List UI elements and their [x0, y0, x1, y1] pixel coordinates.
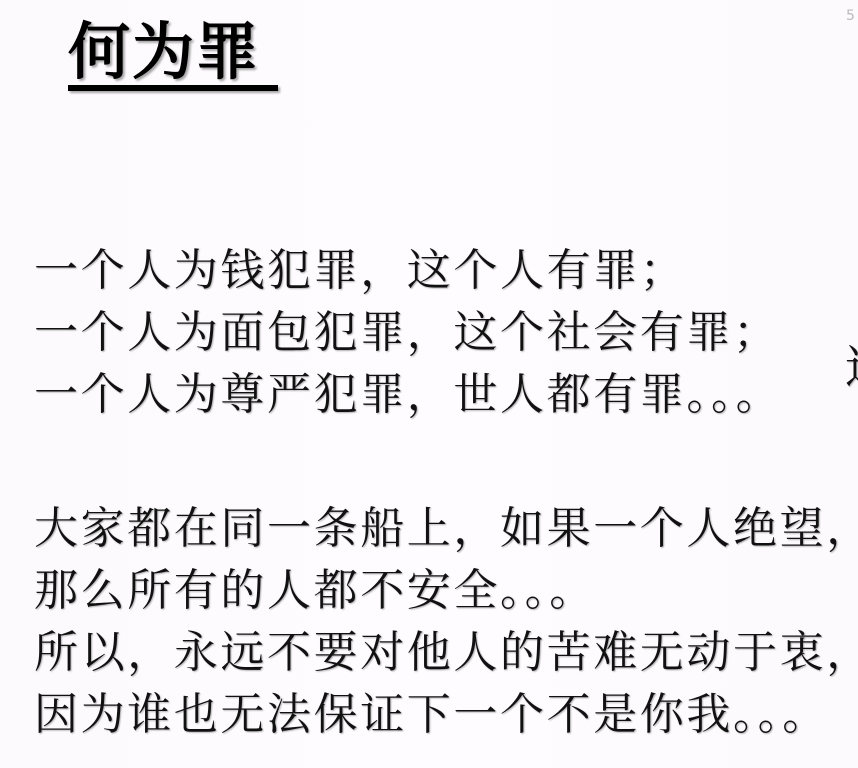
text-line: 一个人为尊严犯罪，世人都有罪。。。 — [34, 364, 782, 426]
text-line: 因为谁也无法保证下一个不是你我。。。 — [34, 684, 858, 746]
cropped-edge-glyph: 这 — [845, 336, 858, 398]
paragraph-same-boat: 大家都在同一条船上，如果一个人绝望， 那么所有的人都不安全。。。 所以，永远不要… — [34, 498, 858, 746]
title-underline — [68, 85, 278, 91]
text-line: 大家都在同一条船上，如果一个人绝望， — [34, 498, 858, 560]
text-line: 所以，永远不要对他人的苦难无动于衷， — [34, 622, 858, 684]
paragraph-crime: 一个人为钱犯罪，这个人有罪； 一个人为面包犯罪，这个社会有罪； 一个人为尊严犯罪… — [34, 240, 782, 426]
slide: 何为罪 5 一个人为钱犯罪，这个人有罪； 一个人为面包犯罪，这个社会有罪； 一个… — [0, 0, 858, 768]
slide-title: 何为罪 — [68, 14, 260, 90]
text-line: 一个人为钱犯罪，这个人有罪； — [34, 240, 782, 302]
text-line: 那么所有的人都不安全。。。 — [34, 560, 858, 622]
corner-mark: 5 — [846, 8, 858, 30]
text-line: 一个人为面包犯罪，这个社会有罪； — [34, 302, 782, 364]
